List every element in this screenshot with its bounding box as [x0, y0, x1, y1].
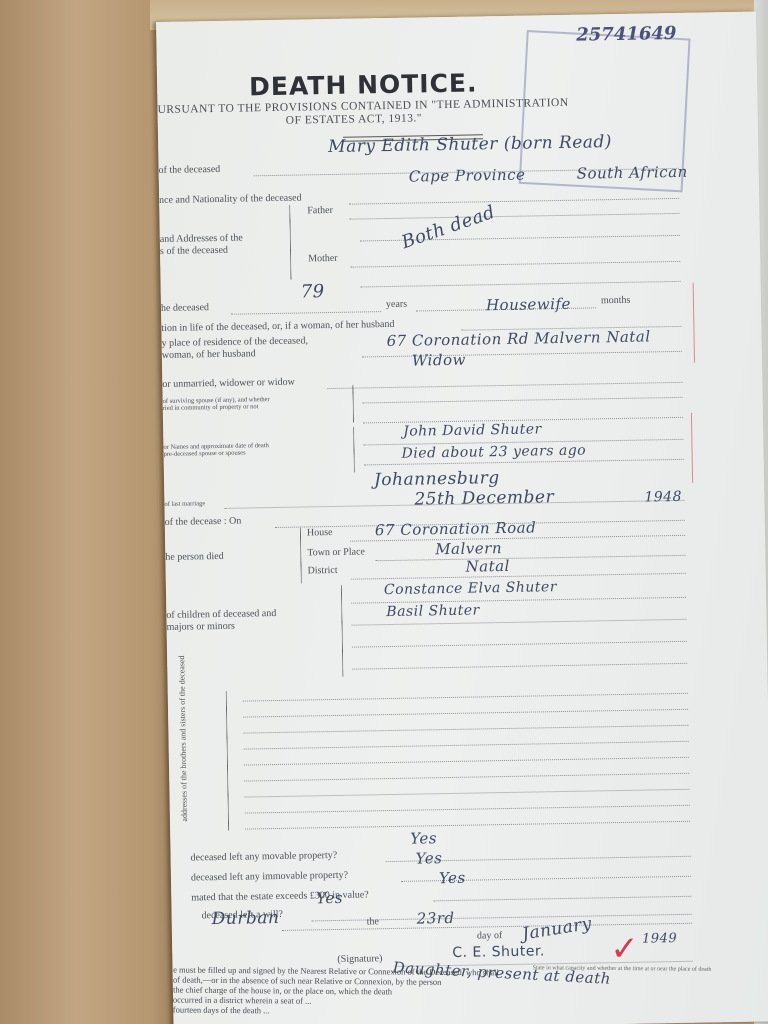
stamp-number: 25741649: [576, 23, 677, 46]
red-check-mark: ✓: [610, 929, 639, 969]
town-value: Malvern: [435, 539, 502, 558]
spouse-brace: [352, 385, 354, 423]
house-value: 67 Coronation Road: [375, 518, 537, 539]
children-label: of children of deceased and majors or mi…: [166, 608, 276, 634]
marital-value: Widow: [412, 351, 466, 370]
footer-instructions: e must be filled up and signed by the Ne…: [173, 965, 733, 1020]
predeceased-date: Died about 23 years ago: [401, 443, 586, 462]
last-marriage-value: Johannesburg: [374, 468, 500, 490]
age-value: 79: [301, 281, 325, 302]
birthplace-value: Cape Province: [409, 166, 526, 186]
residence-value: 67 Coronation Rd Malvern Natal: [386, 327, 650, 350]
nationality-value: South African: [577, 163, 688, 183]
day-of-label: day of: [477, 930, 502, 941]
day-value: 23rd: [417, 909, 455, 928]
date-year: 1948: [644, 489, 682, 506]
predeceased-brace: [353, 427, 355, 473]
predeceased-name: John David Shuter: [403, 421, 542, 439]
the-label: the: [367, 916, 379, 927]
movable-value: Yes: [410, 829, 437, 847]
residence-label: y place of residence of the deceased, wo…: [162, 335, 309, 362]
children-brace: [341, 585, 344, 677]
father-label: Father: [307, 205, 333, 216]
occupation-value: Housewife: [486, 295, 571, 314]
margin-line: [693, 283, 695, 363]
parents-brace: [289, 205, 291, 280]
district-label: District: [308, 565, 338, 577]
town-label: Town or Place: [307, 546, 365, 558]
signed-place: Durban: [211, 908, 279, 929]
parents-label: and Addresses of the s of the deceased: [160, 233, 243, 258]
child-1: Constance Elva Shuter: [384, 579, 557, 598]
signature-label: (Signature): [337, 953, 382, 965]
month-value: January: [521, 914, 593, 945]
estate-value: Yes: [439, 869, 466, 887]
place-label: he person died: [165, 551, 224, 563]
will-value: Yes: [316, 889, 343, 907]
house-label: House: [307, 527, 333, 538]
death-notice-form: 25741649 DEATH NOTICE. URSUANT TO THE PR…: [156, 12, 768, 1024]
place-brace: [300, 528, 302, 584]
date-value: 25th December: [414, 487, 554, 509]
margin-line: [691, 413, 693, 483]
child-2: Basil Shuter: [386, 602, 480, 620]
year-value: 1949: [642, 931, 677, 947]
signature-value: C. E. Shuter.: [452, 943, 545, 961]
parents-value: Both dead: [399, 202, 498, 254]
mother-label: Mother: [308, 253, 338, 265]
immovable-value: Yes: [415, 849, 442, 867]
page-title: DEATH NOTICE.: [249, 68, 478, 101]
district-value: Natal: [465, 557, 510, 576]
